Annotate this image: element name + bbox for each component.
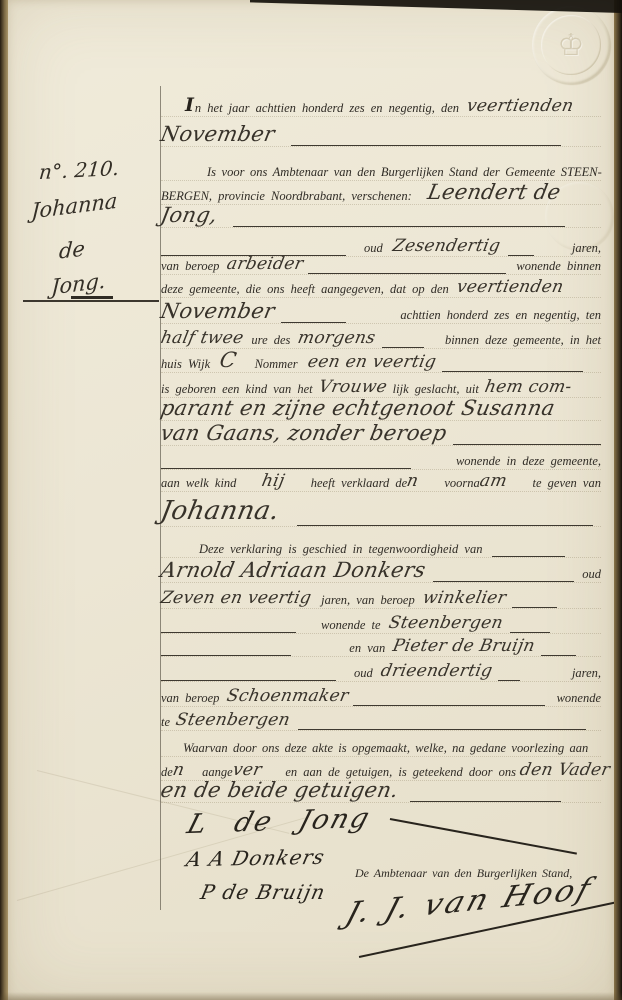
act-line-declarant2: Jong, [161,207,601,228]
page-right-edge [614,0,622,1000]
entry-month: November [159,122,277,146]
act-line-witness1-age: Zeven en veertig jaren, van beroep winke… [161,588,601,609]
margin-record-number: n°. 210. [38,156,120,184]
register-page: ♔ n°. 210. Johanna de Jong. In het jaar … [7,0,615,1000]
entry-hij: hij [260,471,286,491]
printed-te: te [161,715,170,730]
entry-house-number: een en veertig [306,352,438,372]
printed-kind1: aan welk kind [161,476,236,491]
entry-witness1-age: Zeven en veertig [159,588,313,608]
entry-witness1-occupation: winkelier [421,588,508,608]
printed-beroep2: van beroep [161,691,219,706]
act-line-witness2-occ: van beroep Schoenmaker wonende [161,686,601,707]
act-line-official1: Is voor ons Ambtenaar van den Burgerlijk… [161,160,601,181]
entry-closing-n: n [171,760,186,780]
signature-witness1: A A Donkers [184,845,327,871]
blank-rule [233,223,565,227]
printed-wonende-binnen: wonende binnen [516,259,601,274]
act-line-witness1-res: wonende te Steenbergen [161,613,601,634]
printed-intro: n het jaar achttien honderd zes en negen… [195,101,459,116]
blank-rule [382,344,424,348]
printed-binnen-gemeente: binnen deze gemeente, in het [445,333,601,348]
act-line-gemeente: deze gemeente, die ons heeft aangegeven,… [161,277,601,298]
entry-beide-getuigen: en de beide getuigen. [159,778,401,802]
entry-n: n [405,471,420,491]
entry-am: am [478,471,509,491]
entry-birth-time: half twee [159,328,245,348]
entry-birth-month: November [159,299,277,323]
entry-declarant-name2: Jong, [159,203,220,227]
act-line-moeder2: parant en zijne echtgenoot Susanna [161,400,601,421]
blank-rule [298,726,586,730]
act-line-wonende-in: wonende in deze gemeente, [161,449,601,470]
entry-moeder3: van Gaans, zonder beroep [159,421,449,445]
entry-moeder2: parant en zijne echtgenoot Susanna [159,396,557,420]
blank-rule [281,319,346,323]
margin-child-first-name: Johanna [31,189,118,224]
printed-kind4: te geven van [533,476,601,491]
blank-rule [161,629,296,633]
printed-geslacht-rest: lijk geslacht, uit [393,382,479,397]
printed-nommer: Nommer [255,357,298,372]
act-line-witness2-res: te Steenbergen [161,710,601,731]
act-line-geboren: is geboren een kind van het Vrouwe lijk … [161,377,601,398]
printed-oud3: oud [354,666,373,681]
entry-geslacht: Vrouwe [317,377,389,397]
entry-birth-day: veertienden [455,277,565,297]
act-line-month: November [161,126,601,147]
signature-witness2: P de Bruijn [198,880,328,904]
printed-gemeente-clause: deze gemeente, die ons heeft aangegeven,… [161,282,449,297]
printed-en-van: en van [349,641,385,656]
act-line-witness1: Arnold Adriaan Donkers oud [161,562,601,583]
printed-huis-wijk: huis Wijk [161,357,210,372]
blank-rule [291,142,561,146]
blank-rule [410,798,561,802]
printed-year-clause: achttien honderd zes en negentig, ten [400,308,601,323]
act-line-time: half twee ure des morgens binnen deze ge… [161,328,601,349]
printed-kind3: voorna [444,476,479,491]
entry-witness1-name: Arnold Adriaan Donkers [159,558,428,582]
entry-moeder1: hem com- [483,377,573,397]
act-line-house: huis Wijk C Nommer een en veertig [161,352,601,373]
blank-rule [161,677,336,681]
blank-dash [498,677,520,681]
margin-child-tussenvoegsel: de [58,236,85,263]
margin-underline [23,300,159,302]
printed-witness-intro: Deze verklaring is geschied in tegenwoor… [199,542,482,557]
act-line-closing3: en de beide getuigen. [161,782,601,803]
blank-dash [510,629,550,633]
blank-rule [297,522,593,526]
printed-official2: BERGEN, provincie Noordbrabant, verschen… [161,189,412,204]
act-line-official2: BERGEN, provincie Noordbrabant, verschen… [161,184,601,205]
blank-dash [512,604,557,608]
blank-rule [308,270,507,274]
entry-closing-ver: ver [231,760,264,780]
blank-dash [541,652,576,656]
printed-jaren3: jaren, [572,666,601,681]
printed-jaren-beroep: jaren, van beroep [321,593,415,608]
act-line-kind: aan welk kind hij heeft verklaard den vo… [161,471,601,492]
act-line-moeder3: van Gaans, zonder beroep [161,425,601,446]
entry-witness2-residence: Steenbergen [174,710,292,730]
entry-declarant-occupation: arbeider [225,254,305,274]
entry-child-name: Johanna. [158,496,282,526]
printed-wonende2: wonende [557,691,601,706]
printed-kind2: heeft verklaard de [311,476,407,491]
margin-underline-dash [71,296,113,299]
margin-child-last-name: Jong. [51,268,107,299]
entry-witness2-age: drieendertig [379,661,494,681]
book-binding-edge [0,0,8,1000]
act-line-closing1: Waarvan door ons deze akte is opgemaakt,… [161,736,601,757]
act-line-childname: Johanna. [161,506,601,527]
printed-wonende-te: wonende te [321,618,381,633]
act-line-witness-intro: Deze verklaring is geschied in tegenwoor… [161,537,601,558]
blank-rule [433,578,574,582]
blank-rule [353,702,545,706]
entry-wijk-letter: C [218,348,239,372]
entry-declarant-age: Zesendertig [391,236,502,256]
printed-official1: Is voor ons Ambtenaar van den Burgerlijk… [207,165,602,180]
printed-oud2: oud [582,567,601,582]
blank-rule [161,465,411,469]
entry-declarant-name1: Leendert de [425,180,562,204]
printed-geboren: is geboren een kind van het [161,382,313,397]
act-line-birthmonth: November achttien honderd zes en negenti… [161,303,601,324]
entry-witness1-residence: Steenbergen [387,613,505,633]
ornate-initial: I [185,94,194,116]
entry-witness2-occupation: Schoenmaker [225,686,350,706]
act-line-occupation: van beroep arbeider wonende binnen [161,254,601,275]
act-line-witness2: en van Pieter de Bruijn [161,636,601,657]
printed-ure-des: ure des [251,333,290,348]
blank-rule [161,652,291,656]
entry-den-vader: den Vader [518,760,612,780]
entry-dagdeel: morgens [296,328,377,348]
act-line-witness2-age: oud drieendertig jaren, [161,661,601,682]
entry-witness2-name: Pieter de Bruijn [391,636,537,656]
blank-rule [442,368,583,372]
act-line-intro: In het jaar achttien honderd zes en nege… [161,96,601,117]
page-bottom-shadow [0,992,622,1000]
blank-rule [453,441,602,445]
blank-rule [492,553,565,557]
printed-closing1: Waarvan door ons deze akte is opgemaakt,… [183,741,588,756]
printed-beroep: van beroep [161,259,219,274]
entry-day: veertienden [465,96,575,116]
printed-wonende-in: wonende in deze gemeente, [456,454,601,469]
